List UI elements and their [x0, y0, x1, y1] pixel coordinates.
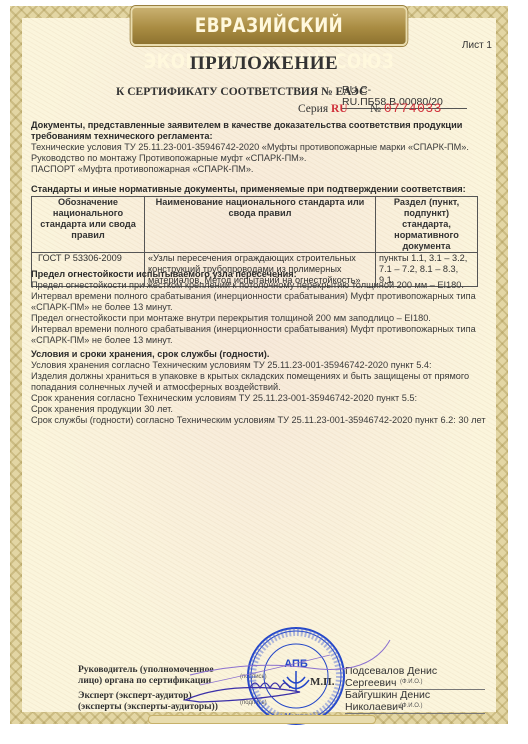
series: Серия RU [298, 103, 348, 115]
standards-heading-text: Стандарты и иные нормативные документы, … [31, 184, 492, 195]
union-banner: ЕВРАЗИЙСКИЙ ЭКОНОМИЧЕСКИЙ СОЮЗ [131, 6, 408, 46]
storage-line: Изделия должны храниться в упаковке в кр… [31, 371, 492, 393]
column-header: Раздел (пункт, подпункт) стандарта, норм… [376, 197, 478, 253]
fire-resistance-heading: Предел огнестойкости испытываемого узла … [31, 269, 492, 280]
storage-line: Условия хранения согласно Техническим ус… [31, 360, 492, 371]
column-header: Наименование национального стандарта или… [145, 197, 376, 253]
storage-heading: Условия и сроки хранения, срок службы (г… [31, 349, 492, 360]
storage-section: Условия и сроки хранения, срок службы (г… [31, 349, 492, 426]
documents-heading-2: требованиям технического регламента: [31, 131, 492, 142]
document-item: Технические условия ТУ 25.11.23-001-3594… [31, 142, 492, 153]
documents-section: Документы, представленные заявителем в к… [31, 120, 492, 175]
fire-line: Интервал времени полного срабатывания (и… [31, 324, 492, 346]
blank-number: № 0774033 [370, 101, 442, 116]
fio-caption: (Ф.И.О.) [400, 703, 423, 709]
number-label: № [370, 103, 381, 115]
storage-line: Срок хранения согласно Техническим услов… [31, 393, 492, 404]
fio-caption: (Ф.И.О.) [400, 679, 423, 685]
fire-line: Предел огнестойкости при жестком креплен… [31, 280, 492, 291]
series-label: Серия [298, 103, 328, 115]
fire-resistance-section: Предел огнестойкости испытываемого узла … [31, 269, 492, 346]
printer-imprint [148, 715, 376, 724]
standards-heading: Стандарты и иные нормативные документы, … [31, 184, 492, 195]
documents-heading: Документы, представленные заявителем в к… [31, 120, 492, 131]
page-title: ПРИЛОЖЕНИЕ [0, 53, 528, 75]
number-value: 0774033 [384, 101, 442, 116]
table-header-row: Обозначение национального стандарта или … [32, 197, 478, 253]
document-item: ПАСПОРТ «Муфта противопожарная «СПАРК-ПМ… [31, 164, 492, 175]
series-value: RU [331, 103, 348, 115]
document-item: Руководство по монтажу Противопожарные м… [31, 153, 492, 164]
subtitle: К СЕРТИФИКАТУ СООТВЕТСТВИЯ № ЕАЭС [116, 86, 367, 98]
sheet-number: Лист 1 [462, 40, 492, 51]
fire-line: Предел огнестойкости при монтаже внутри … [31, 313, 492, 324]
storage-line: Срок службы (годности) согласно Техничес… [31, 415, 492, 426]
fire-line: Интервал времени полного срабатывания (и… [31, 291, 492, 313]
signature-scribbles-icon [180, 630, 400, 710]
storage-line: Срок хранения продукции 30 лет. [31, 404, 492, 415]
column-header: Обозначение национального стандарта или … [32, 197, 145, 253]
